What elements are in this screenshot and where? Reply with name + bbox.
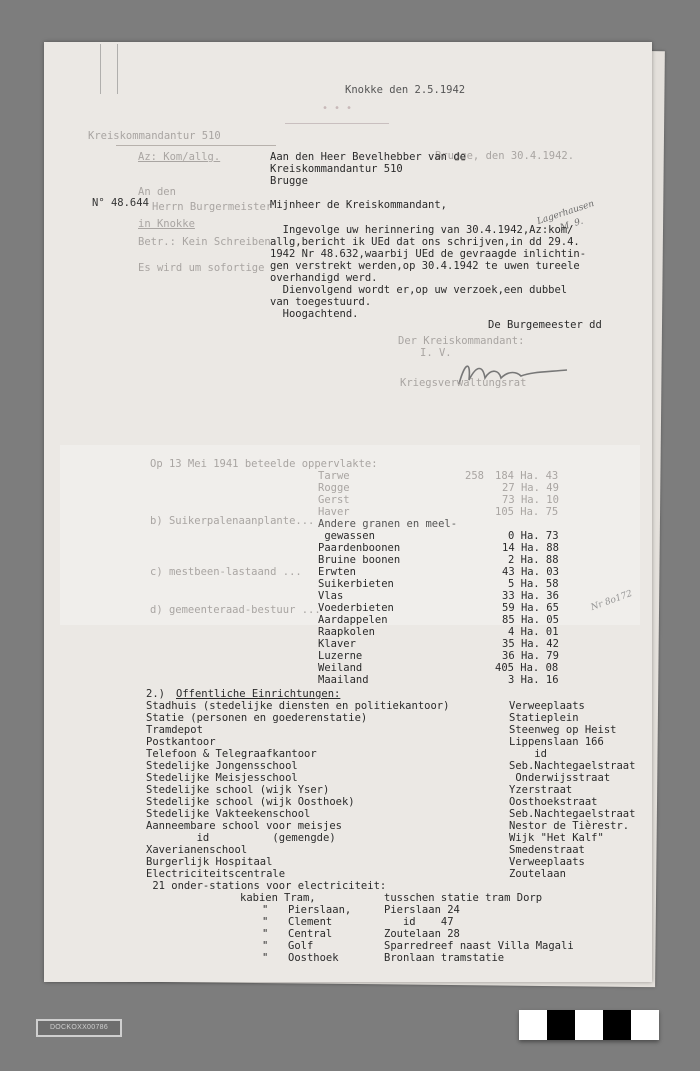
facility-name: Telefoon & Telegraafkantoor (146, 748, 317, 760)
crop-value: 33 Ha. 36 (502, 590, 559, 602)
facility-location: Nestor de Tièrestr. (509, 820, 629, 832)
archive-label: DOCKOXX00786 (36, 1019, 122, 1037)
crop-value: 36 Ha. 79 (502, 650, 559, 662)
faint-request: Es wird um sofortige (138, 262, 264, 274)
substations-heading: 21 onder-stations voor electriciteit: (146, 880, 386, 892)
crop-name: Bruine boonen (318, 554, 400, 566)
addressee-line-2: Kreiskommandantur 510 (270, 163, 403, 175)
body-line: van toegestuurd. (270, 296, 371, 308)
crop-value: 35 Ha. 42 (502, 638, 559, 650)
substation-mark: " (262, 904, 268, 916)
substation-location: Zoutelaan 28 (384, 928, 460, 940)
crops-intro: Op 13 Mei 1941 beteelde oppervlakte: (150, 458, 378, 470)
facility-location: Smedenstraat (509, 844, 585, 856)
crop-name: Rogge (318, 482, 350, 494)
salutation: Mijnheer de Kreiskommandant, (270, 199, 447, 211)
color-scale-bar (519, 1010, 659, 1040)
crop-name: Paardenboonen (318, 542, 400, 554)
facility-location: Yzerstraat (509, 784, 572, 796)
faint-signature-title: Der Kreiskommandant: (398, 335, 524, 347)
substation-name: Tram, (284, 892, 316, 904)
faint-signature-rank: Kriegsverwaltungsrat (400, 377, 526, 389)
crop-name: gewassen (318, 530, 375, 542)
crop-value: 105 Ha. 75 (495, 506, 558, 518)
closing: De Burgemeester dd (488, 319, 602, 331)
substation-mark: " (262, 952, 268, 964)
substation-name: Central (288, 928, 332, 940)
crop-name: Tarwe (318, 470, 350, 482)
addressee-line-1: Aan den Heer Bevelhebber van de (270, 151, 466, 163)
facility-name: Electriciteitscentrale (146, 868, 285, 880)
crop-value: 43 Ha. 03 (502, 566, 559, 578)
scale-swatch (575, 1010, 603, 1040)
facility-location: Seb.Nachtegaelstraat (509, 808, 635, 820)
facility-name: Stedelijke school (wijk Yser) (146, 784, 329, 796)
reference-number: N° 48.644 (92, 197, 149, 209)
facility-name: Stedelijke Vakteekenschool (146, 808, 310, 820)
facility-name: Stedelijke school (wijk Oosthoek) (146, 796, 355, 808)
facility-name: Burgerlijk Hospitaal (146, 856, 272, 868)
section-heading: Offentliche Einrichtungen: (176, 688, 340, 700)
substation-location: Bronlaan tramstatie (384, 952, 504, 964)
facility-name: Stadhuis (stedelijke diensten en politie… (146, 700, 449, 712)
crop-value: 59 Ha. 65 (502, 602, 559, 614)
body-line: overhandigd werd. (270, 272, 377, 284)
faint-line: d) gemeenteraad-bestuur ... (150, 604, 321, 616)
scale-swatch (519, 1010, 547, 1040)
crop-name: Aardappelen (318, 614, 388, 626)
body-line: gen verstrekt werden,op 30.4.1942 te uwe… (270, 260, 580, 272)
substation-location: Pierslaan 24 (384, 904, 460, 916)
faint-betreff: Betr.: Kein Schreiben (138, 236, 271, 248)
addressee-line-3: Brugge (270, 175, 308, 187)
crop-value: 14 Ha. 88 (502, 542, 559, 554)
facility-location: Wijk "Het Kalf" (509, 832, 604, 844)
facility-name: Xaverianenschool (146, 844, 247, 856)
crop-name: Voederbieten (318, 602, 394, 614)
faint-ref: Az: Kom/allg. (138, 151, 220, 163)
substation-mark: kabien (240, 892, 278, 904)
faint-burgermeister: Herrn Burgermeister (152, 201, 272, 213)
crop-name: Suikerbieten (318, 578, 394, 590)
crop-name: Maailand (318, 674, 369, 686)
faint-signature-iv: I. V. (420, 347, 452, 359)
substation-location: Sparredreef naast Villa Magali (384, 940, 574, 952)
crop-value: 0 Ha. 73 (508, 530, 559, 542)
facility-location: Steenweg op Heist (509, 724, 616, 736)
crop-value: 184 Ha. 43 (495, 470, 558, 482)
crop-name: Luzerne (318, 650, 362, 662)
facility-location: Verweeplaats (509, 856, 585, 868)
crop-value: 405 Ha. 08 (495, 662, 558, 674)
substation-name: Oosthoek (288, 952, 339, 964)
body-line: allg,bericht ik UEd dat ons schrijven,in… (270, 236, 580, 248)
crop-name: Haver (318, 506, 350, 518)
body-line: Hoogachtend. (270, 308, 359, 320)
body-line: Dienvolgend wordt er,op uw verzoek,een d… (270, 284, 567, 296)
facility-name: Tramdepot (146, 724, 203, 736)
facility-location: Zoutelaan (509, 868, 566, 880)
crop-value: 3 Ha. 16 (508, 674, 559, 686)
facility-location: Lippenslaan 166 (509, 736, 604, 748)
crop-name: Gerst (318, 494, 350, 506)
crop-value: 85 Ha. 05 (502, 614, 559, 626)
facility-location: Verweeplaats (509, 700, 585, 712)
substation-name: Clement (288, 916, 332, 928)
facility-name: Stedelijke Meisjesschool (146, 772, 298, 784)
faint-sender: Kreiskommandantur 510 (88, 130, 221, 142)
scale-swatch (547, 1010, 575, 1040)
facility-location: Seb.Nachtegaelstraat (509, 760, 635, 772)
crop-name: Vlas (318, 590, 343, 602)
facility-name: Statie (personen en goederenstatie) (146, 712, 367, 724)
crop-value: 5 Ha. 58 (508, 578, 559, 590)
place-date: Knokke den 2.5.1942 (345, 84, 465, 96)
crop-struck: 258 (465, 470, 484, 482)
crop-name: Andere granen en meel- (318, 518, 457, 530)
faint-line: b) Suikerpalenaanplante... (150, 515, 314, 527)
facility-location: Oosthoekstraat (509, 796, 598, 808)
crop-name: Raapkolen (318, 626, 375, 638)
scale-swatch (631, 1010, 659, 1040)
crop-value: 27 Ha. 49 (502, 482, 559, 494)
facility-location: Statieplein (509, 712, 579, 724)
section-number: 2.) (146, 688, 165, 700)
substation-mark: " (262, 940, 268, 952)
facility-name: Aanneembare school voor meisjes (146, 820, 342, 832)
crop-value: 73 Ha. 10 (502, 494, 559, 506)
substation-mark: " (262, 916, 268, 928)
divider (116, 145, 276, 146)
staple-mark (100, 44, 118, 94)
substation-mark: " (262, 928, 268, 940)
faint-line: c) mestbeen-lastaand ... (150, 566, 302, 578)
facility-name: Postkantoor (146, 736, 216, 748)
crop-name: Erwten (318, 566, 356, 578)
crop-name: Klaver (318, 638, 356, 650)
facility-location: id (509, 748, 547, 760)
substation-location: tusschen statie tram Dorp (384, 892, 542, 904)
crop-value: 2 Ha. 88 (508, 554, 559, 566)
body-line: 1942 Nr 48.632,waarbij UEd de gevraagde … (270, 248, 586, 260)
faint-in-knokke: in Knokke (138, 218, 195, 230)
facility-name: id (gemengde) (146, 832, 336, 844)
substation-name: Golf (288, 940, 313, 952)
crop-name: Weiland (318, 662, 362, 674)
body-line: Ingevolge uw herinnering van 30.4.1942,A… (270, 224, 573, 236)
facility-name: Stedelijke Jongensschool (146, 760, 298, 772)
scale-swatch (603, 1010, 631, 1040)
faint-stamp: • • • (285, 103, 389, 124)
substation-location: id 47 (384, 916, 454, 928)
facility-location: Onderwijsstraat (509, 772, 610, 784)
substation-name: Pierslaan, (288, 904, 351, 916)
crop-value: 4 Ha. 01 (508, 626, 559, 638)
